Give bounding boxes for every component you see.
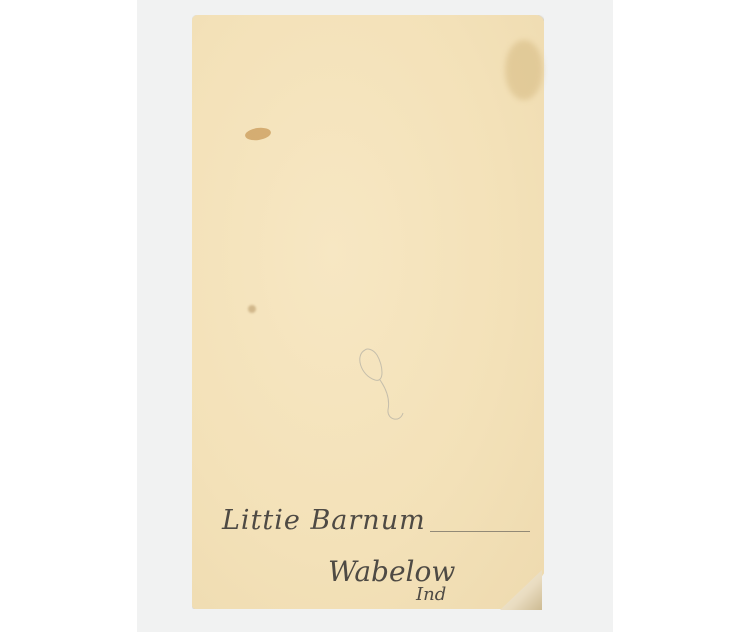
pencil-scribble	[355, 345, 415, 425]
handwritten-name: Littie Barnum	[222, 505, 426, 536]
corner-foxing	[505, 40, 543, 100]
handwritten-state: Ind	[416, 584, 446, 605]
name-underline-stroke	[430, 531, 530, 532]
small-spot	[248, 305, 256, 313]
